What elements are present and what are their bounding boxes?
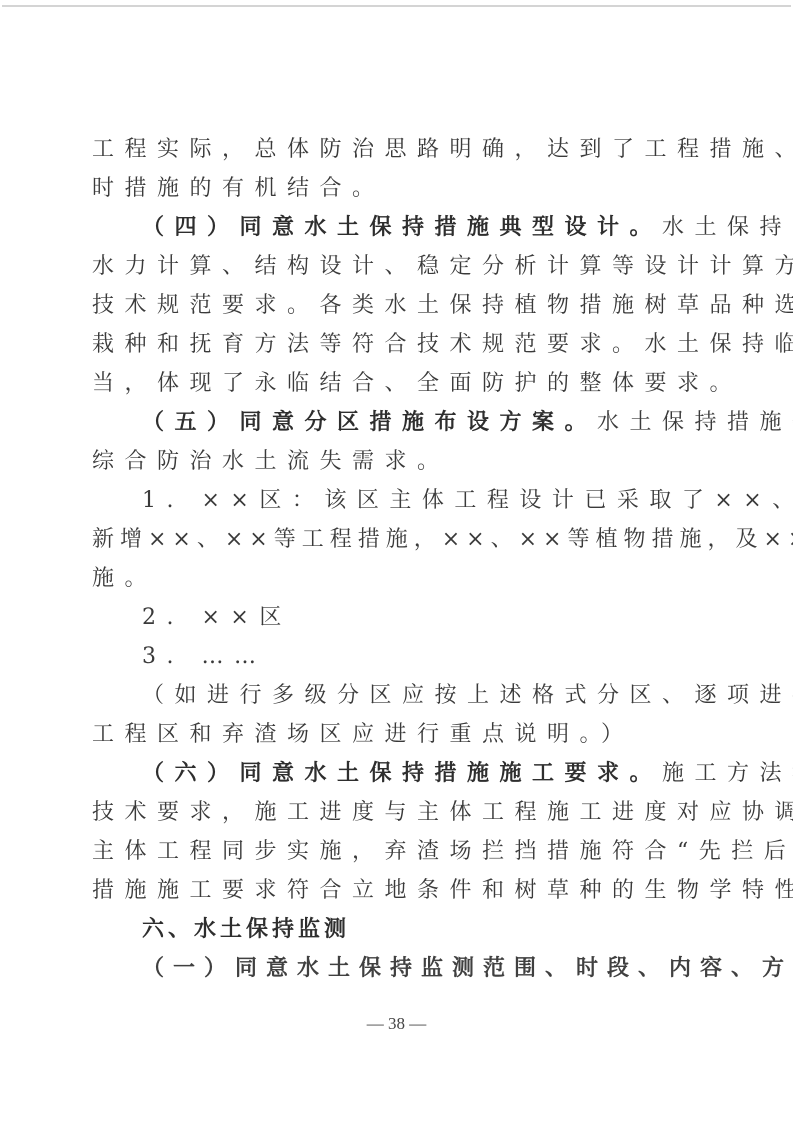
paragraph-heading: （六）同意水土保持措施施工要求。 bbox=[142, 760, 662, 786]
text-line: 时措施的有机结合。 bbox=[92, 169, 692, 208]
text-line: （四）同意水土保持措施典型设计。水土保持工程措施水文 bbox=[92, 208, 692, 247]
paragraph-zoning-plan: （五）同意分区措施布设方案。水土保持措施数量满足工程 综合防治水土流失需求。 bbox=[92, 403, 692, 481]
text-line: 栽种和抚育方法等符合技术规范要求。水土保持临时措施类型适 bbox=[92, 325, 692, 364]
text-line: 2. ××区 bbox=[92, 598, 692, 637]
paragraph-text: 水土保持措施数量满足工程 bbox=[597, 410, 793, 435]
list-item-zone-2: 2. ××区 bbox=[92, 598, 692, 637]
text-line: （五）同意分区措施布设方案。水土保持措施数量满足工程 bbox=[92, 403, 692, 442]
text-line: 新增××、××等工程措施，××、××等植物措施，及××、××等临时措 bbox=[92, 520, 692, 559]
paragraph-continuation: 工程实际，总体防治思路明确，达到了工程措施、植物措施和临 时措施的有机结合。 bbox=[92, 130, 692, 208]
subsection-heading: （一）同意水土保持监测范围、时段、内容、方法和频次。 bbox=[92, 949, 692, 988]
paragraph-heading: （五）同意分区措施布设方案。 bbox=[142, 409, 597, 435]
text-line: 施。 bbox=[92, 559, 692, 598]
text-line: 主体工程同步实施，弃渣场拦挡措施符合“先拦后弃”原则，植物 bbox=[92, 832, 692, 871]
text-line: 水力计算、结构设计、稳定分析计算等设计计算方法和结果符合 bbox=[92, 247, 692, 286]
paragraph-typical-design: （四）同意水土保持措施典型设计。水土保持工程措施水文 水力计算、结构设计、稳定分… bbox=[92, 208, 692, 403]
text-line: 综合防治水土流失需求。 bbox=[92, 442, 692, 481]
text-line: 当，体现了永临结合、全面防护的整体要求。 bbox=[92, 364, 692, 403]
paragraph-construction-requirements: （六）同意水土保持措施施工要求。施工方法符合水土保持 技术要求，施工进度与主体工… bbox=[92, 754, 692, 910]
text-line: 技术要求，施工进度与主体工程施工进度对应协调，临时措施与 bbox=[92, 793, 692, 832]
list-item-zone-3: 3. …… bbox=[92, 637, 692, 676]
text-line: （六）同意水土保持措施施工要求。施工方法符合水土保持 bbox=[92, 754, 692, 793]
document-page-body: 工程实际，总体防治思路明确，达到了工程措施、植物措施和临 时措施的有机结合。 （… bbox=[92, 130, 692, 988]
text-line: 技术规范要求。各类水土保持植物措施树草品种选择、整地方式、 bbox=[92, 286, 692, 325]
text-line: 工程实际，总体防治思路明确，达到了工程措施、植物措施和临 bbox=[92, 130, 692, 169]
section-heading: 六、水土保持监测 bbox=[92, 910, 692, 949]
page-top-edge bbox=[2, 5, 791, 7]
text-line: 工程区和弃渣场区应进行重点说明。） bbox=[92, 715, 692, 754]
paragraph-text: 水土保持工程措施水文 bbox=[662, 215, 793, 240]
page-number: — 38 — bbox=[0, 1014, 793, 1034]
text-line: （如进行多级分区应按上述格式分区、逐项进行说明。主体 bbox=[92, 676, 692, 715]
paragraph-note: （如进行多级分区应按上述格式分区、逐项进行说明。主体 工程区和弃渣场区应进行重点… bbox=[92, 676, 692, 754]
text-line: 3. …… bbox=[92, 637, 692, 676]
paragraph-heading: （四）同意水土保持措施典型设计。 bbox=[142, 214, 662, 240]
text-line: 1. ××区：该区主体工程设计已采取了××、××等措施，同意 bbox=[92, 481, 692, 520]
paragraph-text: 施工方法符合水土保持 bbox=[662, 761, 793, 786]
text-line: 措施施工要求符合立地条件和树草种的生物学特性。 bbox=[92, 871, 692, 910]
list-item-zone-1: 1. ××区：该区主体工程设计已采取了××、××等措施，同意 新增××、××等工… bbox=[92, 481, 692, 598]
